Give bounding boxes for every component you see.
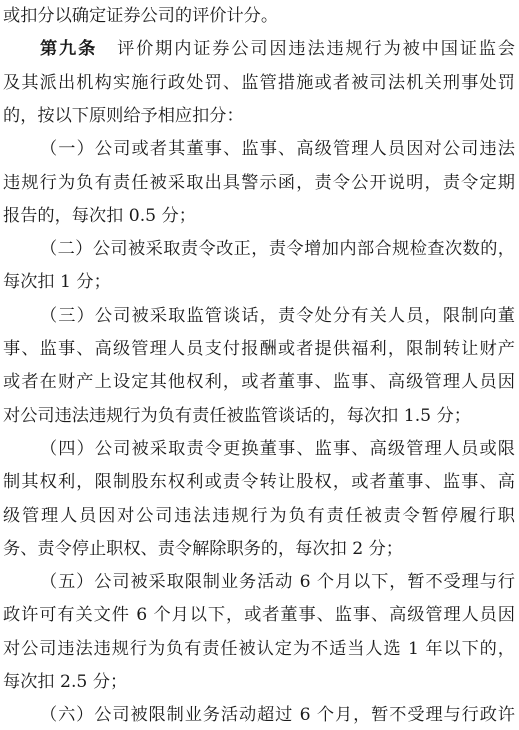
- document-page: 或扣分以确定证券公司的评价计分。 第九条评价期内证券公司因违法违规行为被中国证监…: [0, 0, 519, 730]
- clause-4-line: （四）公司被采取责令更换董事、监事、高级管理人员或限: [40, 434, 515, 464]
- clause-3-line: （三）公司被采取监管谈话，责令处分有关人员，限制向董: [40, 301, 515, 331]
- clause-6-line: （六）公司被限制业务活动超过 6 个月，暂不受理与行政许: [40, 700, 515, 730]
- clause-2-line: （二）公司被采取责令改正，责令增加内部合规检查次数的，: [40, 234, 515, 264]
- text-line: 对公司违法违规行为负有责任被认定为不适当人选 1 年以下的，: [3, 634, 515, 664]
- text-line: 务、责令停止职权、责令解除职务的，每次扣 2 分；: [3, 534, 515, 564]
- text-line: 的，按以下原则给予相应扣分：: [3, 101, 515, 131]
- text-line: 级管理人员因对公司违法违规行为负有责任被责令暂停履行职: [3, 501, 515, 531]
- text-line: 或扣分以确定证券公司的评价计分。: [3, 1, 515, 31]
- text-line: 评价期内证券公司因违法违规行为被中国证监会: [117, 39, 515, 59]
- text-line: 制其权利，限制股东权利或责令转让股权，或者董事、监事、高: [3, 467, 515, 497]
- text-line: 政许可有关文件 6 个月以下，或者董事、监事、高级管理人员因: [3, 600, 515, 630]
- text-line: 每次扣 1 分；: [3, 267, 515, 297]
- text-line: 及其派出机构实施行政处罚、监管措施或者被司法机关刑事处罚: [3, 68, 515, 98]
- article-heading: 第九条: [40, 39, 97, 59]
- text-line: 违规行为负有责任被采取出具警示函，责令公开说明，责令定期: [3, 168, 515, 198]
- clause-1-line: （一）公司或者其董事、监事、高级管理人员因对公司违法: [40, 134, 515, 164]
- text-line: 或者在财产上设定其他权利，或者董事、监事、高级管理人员因: [3, 367, 515, 397]
- text-line: 报告的，每次扣 0.5 分；: [3, 201, 515, 231]
- text-line: 对公司违法违规行为负有责任被监管谈话的，每次扣 1.5 分；: [3, 401, 515, 431]
- article-9-first-line: 第九条评价期内证券公司因违法违规行为被中国证监会: [40, 34, 515, 64]
- clause-5-line: （五）公司被采取限制业务活动 6 个月以下，暂不受理与行: [40, 567, 515, 597]
- text-line: 事、监事、高级管理人员支付报酬或者提供福利，限制转让财产: [3, 334, 515, 364]
- text-line: 每次扣 2.5 分；: [3, 667, 515, 697]
